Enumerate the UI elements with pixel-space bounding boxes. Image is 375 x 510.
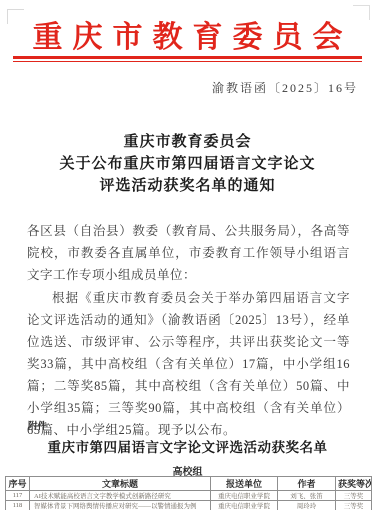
cell-article-title: AI技术赋能高校语言文字教学模式创新路径研究 [30,491,211,501]
cell-author: 周玲玲 [278,501,336,510]
cell-article-title: 智媒体背景下网络舆情传播应对研究——以警情通报为例 [30,501,211,510]
col-header-award-level: 获奖等次 [336,477,372,491]
red-rule-thick [13,56,362,59]
red-rule-thin [13,61,362,62]
attachment-title: 重庆市第四届语言文字论文评选活动获奖名单 [0,436,375,456]
col-header-author: 作者 [278,477,336,491]
document-title-line-1: 重庆市教育委员会 [0,131,375,153]
document-title-line-2: 关于公布重庆市第四届语言文字论文 [0,153,375,175]
col-header-submitting-unit: 报送单位 [211,477,278,491]
cell-index: 118 [6,501,30,510]
document-number: 渝教语函〔2025〕16号 [212,79,358,96]
main-paragraph: 根据《重庆市教育委员会关于举办第四届语言文字论文评选活动的通知》（渝教语函〔20… [27,287,350,441]
attachment-label: 附件 [28,418,47,432]
document-page: 重庆市教育委员会 渝教语函〔2025〕16号 重庆市教育委员会 关于公布重庆市第… [0,0,375,510]
cell-author: 刘飞、张笛 [278,491,336,501]
cell-submitting-unit: 重庆电信职业学院 [211,491,278,501]
col-header-article-title: 文章标题 [30,477,211,491]
salutation-paragraph: 各区县（自治县）教委（教育局、公共服务局），各高等院校，市教委各直属单位，市委教… [27,220,350,286]
cell-award-level: 三等奖 [336,491,372,501]
document-title-line-3: 评选活动获奖名单的通知 [0,175,375,197]
table-row: 117 AI技术赋能高校语言文字教学模式创新路径研究 重庆电信职业学院 刘飞、张… [6,491,372,501]
table-row: 118 智媒体背景下网络舆情传播应对研究——以警情通报为例 重庆电信职业学院 周… [6,501,372,510]
agency-masthead: 重庆市教育委员会 [0,12,375,56]
document-title: 重庆市教育委员会 关于公布重庆市第四届语言文字论文 评选活动获奖名单的通知 [0,131,375,197]
table-header-row: 序号 文章标题 报送单位 作者 获奖等次 [6,477,372,491]
cell-award-level: 三等奖 [336,501,372,510]
cell-submitting-unit: 重庆电信职业学院 [211,501,278,510]
award-table: 序号 文章标题 报送单位 作者 获奖等次 117 AI技术赋能高校语言文字教学模… [5,476,372,510]
cell-index: 117 [6,491,30,501]
col-header-index: 序号 [6,477,30,491]
